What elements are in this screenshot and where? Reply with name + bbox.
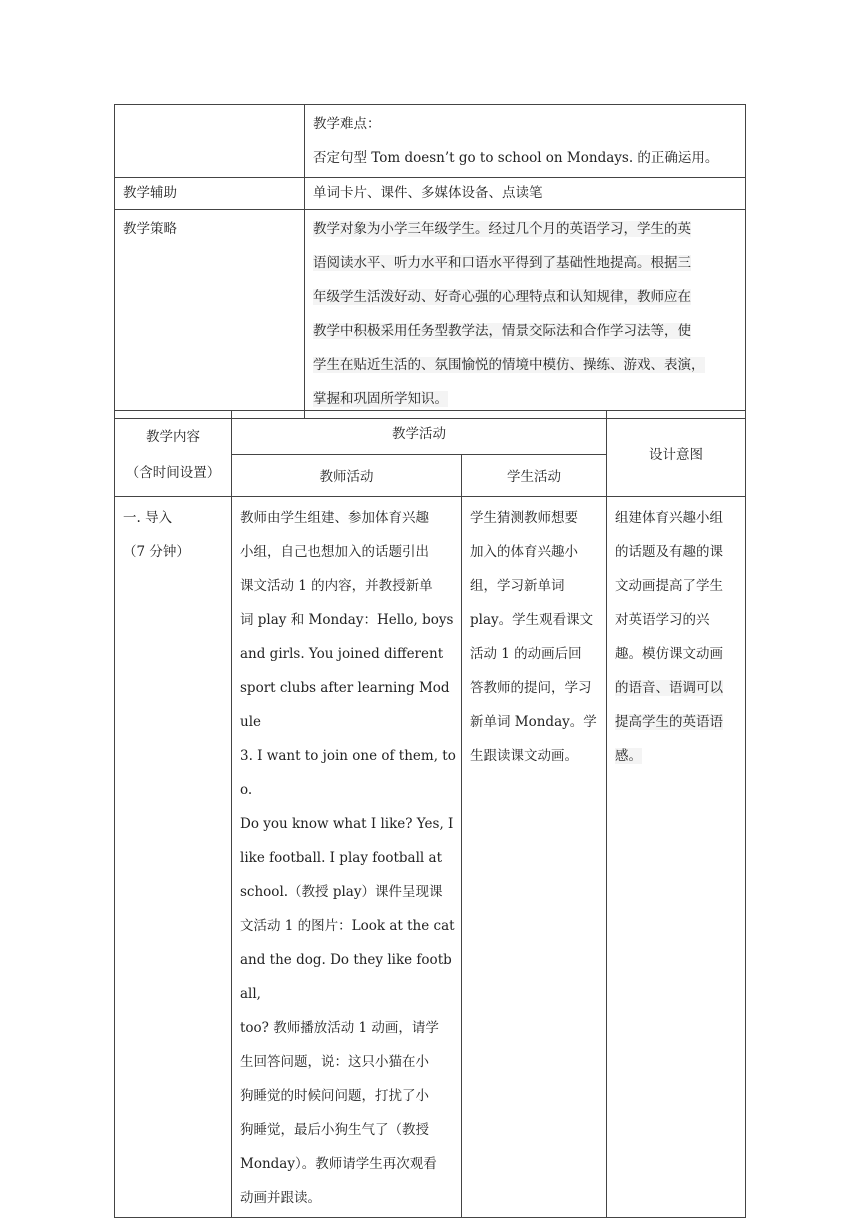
student-line: 组，学习新单词: [470, 578, 565, 594]
intent-line: 的话题及有趣的课: [615, 544, 723, 560]
strategy-label: 教学策略: [115, 210, 305, 419]
lesson-info-table: 教学难点： 否定句型 Tom doesn’t go to school on M…: [114, 104, 746, 419]
student-activity-cell: 学生猜测教师想要 加入的体育兴趣小 组，学习新单词 play。学生观看课文 活动…: [462, 497, 607, 1218]
aids-text: 单词卡片、课件、多媒体设备、点读笔: [305, 178, 746, 210]
difficulty-label-cell: [115, 105, 305, 178]
teacher-line: like football. I play football at: [240, 850, 442, 866]
student-line: play。学生观看课文: [470, 612, 593, 628]
teacher-line: sport clubs after learning Module: [240, 680, 450, 730]
teacher-line: and girls. You joined different: [240, 646, 443, 662]
teacher-line: and the dog. Do they like football,: [240, 952, 452, 1002]
stage-time: （7 分钟）: [123, 544, 190, 560]
intent-line: 趣。模仿课文动画: [615, 646, 723, 662]
intent-line: 文动画提高了学生: [615, 578, 723, 594]
activity-table: 教学内容 （含时间设置） 教学活动 设计意图 教师活动 学生活动 一. 导入 （…: [114, 410, 746, 1218]
student-line: 生跟读课文动画。: [470, 748, 578, 764]
strategy-line: 教学对象为小学三年级学生。经过几个月的英语学习，学生的英: [313, 221, 691, 237]
intent-line: 组建体育兴趣小组: [615, 510, 723, 526]
activities-header: 教学活动: [232, 411, 607, 455]
student-line: 学生猜测教师想要: [470, 510, 578, 526]
header-row-1: 教学内容 （含时间设置） 教学活动 设计意图: [115, 411, 746, 455]
teacher-line: 教师由学生组建、参加体育兴趣: [240, 510, 429, 526]
student-line: 答教师的提问，学习: [470, 680, 592, 696]
intent-line: 感。: [615, 748, 642, 764]
intent-line: 对英语学习的兴: [615, 612, 710, 628]
teacher-line: 狗睡觉，最后小狗生气了（教授: [240, 1122, 429, 1138]
document-page: 教学难点： 否定句型 Tom doesn’t go to school on M…: [0, 0, 860, 1216]
intent-header: 设计意图: [607, 411, 746, 497]
teacher-line: 狗睡觉的时候问问题，打扰了小: [240, 1088, 429, 1104]
content-header-sub: （含时间设置）: [126, 465, 221, 481]
student-line: 活动 1 的动画后回: [470, 646, 582, 662]
teacher-line: too? 教师播放活动 1 动画，请学: [240, 1020, 439, 1036]
difficulty-text: 否定句型 Tom doesn’t go to school on Mondays…: [313, 141, 737, 175]
intent-line: 提高学生的英语语: [615, 714, 723, 730]
strategy-line: 学生在贴近生活的、氛围愉悦的情境中模仿、操练、游戏、表演，: [313, 357, 705, 373]
teacher-line: 课文活动 1 的内容，并教授新单: [240, 578, 433, 594]
teacher-header: 教师活动: [232, 455, 462, 497]
teacher-line: Monday）。教师请学生再次观看: [240, 1156, 437, 1172]
student-line: 新单词 Monday。学: [470, 714, 597, 730]
student-header: 学生活动: [462, 455, 607, 497]
student-line: 加入的体育兴趣小: [470, 544, 578, 560]
aids-label: 教学辅助: [115, 178, 305, 210]
difficulty-cell: 教学难点： 否定句型 Tom doesn’t go to school on M…: [305, 105, 746, 178]
content-header-label: 教学内容: [146, 429, 200, 445]
teacher-line: 动画并跟读。: [240, 1190, 321, 1206]
content-header: 教学内容 （含时间设置）: [115, 411, 232, 497]
intent-cell: 组建体育兴趣小组 的话题及有趣的课 文动画提高了学生 对英语学习的兴 趣。模仿课…: [607, 497, 746, 1218]
strategy-cell: 教学对象为小学三年级学生。经过几个月的英语学习，学生的英 语阅读水平、听力水平和…: [305, 210, 746, 419]
strategy-line: 教学中积极采用任务型教学法，情景交际法和合作学习法等，使: [313, 323, 691, 339]
teacher-line: 3. I want to join one of them, too.: [240, 748, 456, 798]
strategy-line: 掌握和巩固所学知识。: [313, 391, 448, 407]
strategy-line: 语阅读水平、听力水平和口语水平得到了基础性地提高。根据三: [313, 255, 691, 271]
stage-cell: 一. 导入 （7 分钟）: [115, 497, 232, 1218]
stage-label: 一. 导入: [123, 510, 172, 526]
teacher-line: 生回答问题，说：这只小猫在小: [240, 1054, 429, 1070]
difficulty-row: 教学难点： 否定句型 Tom doesn’t go to school on M…: [115, 105, 746, 178]
teacher-line: Do you know what I like? Yes, I: [240, 816, 453, 832]
teacher-line: school.（教授 play）课件呈现课: [240, 884, 442, 900]
table-row: 一. 导入 （7 分钟） 教师由学生组建、参加体育兴趣 小组，自己也想加入的话题…: [115, 497, 746, 1218]
aids-row: 教学辅助 单词卡片、课件、多媒体设备、点读笔: [115, 178, 746, 210]
teacher-line: 文活动 1 的图片：Look at the cat: [240, 918, 455, 934]
teacher-line: 词 play 和 Monday：Hello, boys: [240, 612, 453, 628]
intent-line: 的语音、语调可以: [615, 680, 723, 696]
teacher-activity-cell: 教师由学生组建、参加体育兴趣 小组，自己也想加入的话题引出 课文活动 1 的内容…: [232, 497, 462, 1218]
difficulty-heading: 教学难点：: [313, 107, 737, 141]
teacher-line: 小组，自己也想加入的话题引出: [240, 544, 429, 560]
strategy-row: 教学策略 教学对象为小学三年级学生。经过几个月的英语学习，学生的英 语阅读水平、…: [115, 210, 746, 419]
strategy-line: 年级学生活泼好动、好奇心强的心理特点和认知规律，教师应在: [313, 289, 691, 305]
